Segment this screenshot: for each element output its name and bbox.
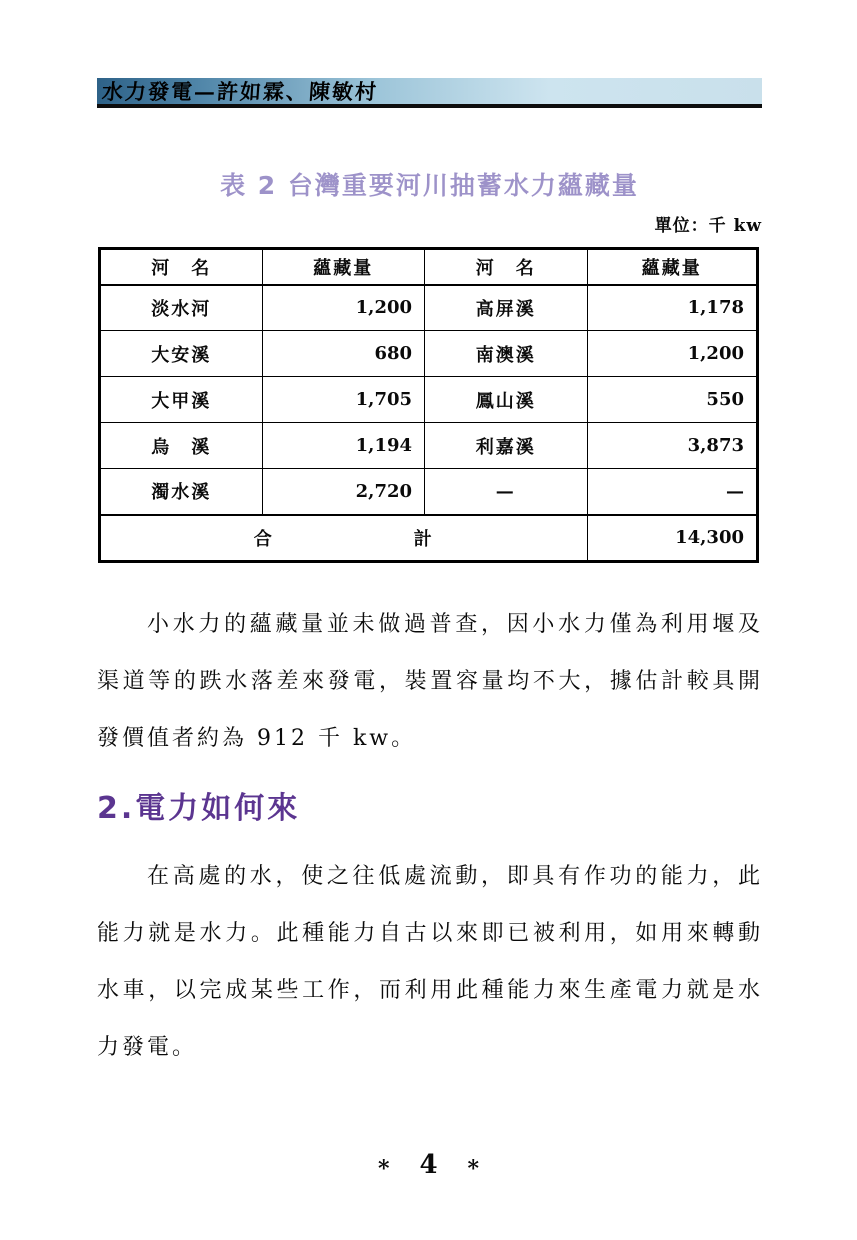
col-header-reserve-2: 蘊藏量: [587, 249, 757, 285]
reserve-value: 3,873: [587, 423, 757, 469]
reserve-value: 550: [587, 377, 757, 423]
river-name: 烏 溪: [100, 423, 263, 469]
footer-star-right: *: [468, 1150, 480, 1180]
river-name: 大甲溪: [100, 377, 263, 423]
table-title: 表 2 台灣重要河川抽蓄水力蘊藏量: [97, 166, 762, 202]
reserve-value: 1,178: [587, 285, 757, 331]
total-label-cell: 合 計: [100, 515, 588, 562]
table-row: 烏 溪 1,194 利嘉溪 3,873: [100, 423, 758, 469]
reserve-value: 1,194: [262, 423, 425, 469]
river-name: 大安溪: [100, 331, 263, 377]
header-title: 水力發電—許如霖、陳敏村: [96, 78, 763, 106]
reserve-value: 2,720: [262, 469, 425, 515]
col-header-river-1: 河 名: [100, 249, 263, 285]
reserve-value: 680: [262, 331, 425, 377]
reserve-value: —: [587, 469, 757, 515]
page-header-banner: 水力發電—許如霖、陳敏村: [97, 78, 762, 108]
unit-label: 單位：千 kw: [97, 211, 762, 236]
table-row: 濁水溪 2,720 — —: [100, 469, 758, 515]
river-name: 鳳山溪: [425, 377, 588, 423]
river-name: 利嘉溪: [425, 423, 588, 469]
footer-page-number: 4: [419, 1152, 437, 1178]
total-label: 合 計: [101, 525, 587, 551]
footer-star-left: *: [378, 1150, 390, 1180]
section-heading: 2.電力如何來: [97, 783, 300, 827]
col-header-river-2: 河 名: [425, 249, 588, 285]
table-row: 大甲溪 1,705 鳳山溪 550: [100, 377, 758, 423]
table-total-row: 合 計 14,300: [100, 515, 758, 562]
table-row: 大安溪 680 南澳溪 1,200: [100, 331, 758, 377]
river-name: 淡水河: [100, 285, 263, 331]
document-page: 水力發電—許如霖、陳敏村 表 2 台灣重要河川抽蓄水力蘊藏量 單位：千 kw 河…: [0, 0, 857, 1240]
paragraph-small-hydro: 小水力的蘊藏量並未做過普查，因小水力僅為利用堰及渠道等的跌水落差來發電，裝置容量…: [97, 596, 763, 767]
page-number: * 4 *: [0, 1150, 857, 1180]
river-reserves-table: 河 名 蘊藏量 河 名 蘊藏量 淡水河 1,200 高屏溪 1,178 大安溪 …: [98, 247, 759, 563]
reserve-value: 1,200: [262, 285, 425, 331]
table-header-row: 河 名 蘊藏量 河 名 蘊藏量: [100, 249, 758, 285]
reserve-value: 1,200: [587, 331, 757, 377]
paragraph-electricity-origin: 在高處的水，使之往低處流動，即具有作功的能力，此能力就是水力。此種能力自古以來即…: [97, 848, 763, 1076]
reserve-value: 1,705: [262, 377, 425, 423]
total-value: 14,300: [587, 515, 757, 562]
river-name: 南澳溪: [425, 331, 588, 377]
col-header-reserve-1: 蘊藏量: [262, 249, 425, 285]
river-name: 高屏溪: [425, 285, 588, 331]
table-row: 淡水河 1,200 高屏溪 1,178: [100, 285, 758, 331]
river-name: 濁水溪: [100, 469, 263, 515]
river-name: —: [425, 469, 588, 515]
